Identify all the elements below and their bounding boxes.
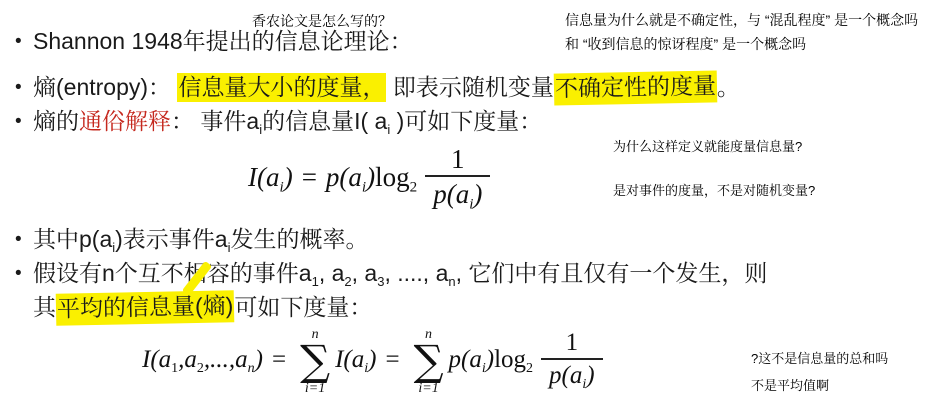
bullet-text: , a <box>319 260 345 286</box>
bullet-text: 假设有n个互不相容的事件a <box>33 260 312 286</box>
bullet-text: 发生的概率。 <box>230 226 368 252</box>
formula-total-information: I(a1,a2,...,an)= n∑i=1 I(ai)= n∑i=1 p(ai… <box>142 327 603 396</box>
highlight-measure-of-information: 信息量大小的度量， <box>177 73 386 102</box>
bullet-text: , ...., a <box>384 260 448 286</box>
formula-fraction: 1p(ai) <box>425 144 490 213</box>
bullet-text: ： 事件a <box>171 108 259 134</box>
summation-symbol: n∑i=1 <box>414 327 444 396</box>
summation-symbol: n∑i=1 <box>300 327 330 396</box>
bullet-shannon-1948: •Shannon 1948年提出的信息论理论： <box>15 27 413 56</box>
bullet-text: 。 <box>717 74 740 100</box>
bullet-entropy-explanation: •熵的通俗解释： 事件ai的信息量I( ai )可如下度量： <box>15 107 542 138</box>
formula-middle-term: I(ai)= <box>335 346 408 377</box>
subscript: 2 <box>344 274 351 289</box>
annotation-why-definition: 为什么这样定义就能度量信息量? <box>613 136 802 155</box>
annotation-sum-not-average: ?这不是信息量的总和吗 不是平均值啊 <box>751 345 888 399</box>
annotation-event-measure: 是对事件的度量，不是对随机变量? <box>613 180 815 199</box>
bullet-text: 其 <box>33 294 56 320</box>
formula-lhs: I(ai)=p(ai)log2 <box>248 162 417 196</box>
annotation-line: 和 “收到信息的惊讶程度” 是一个概念吗 <box>565 32 918 56</box>
highlight-uncertainty-measure: 不确定性的度量 <box>554 70 718 105</box>
bullet-icon: • <box>15 228 33 252</box>
bullet-text: Shannon 1948年提出的信息论理论： <box>33 28 413 54</box>
bullet-text: 即表示随机变量 <box>386 74 553 100</box>
bullet-text: )可如下度量： <box>390 108 542 134</box>
annotation-line: 信息量为什么就是不确定性，与 “混乱程度” 是一个概念吗 <box>565 8 918 32</box>
bullet-text: , 它们中有且仅有一个发生，则 <box>456 260 768 286</box>
bullet-probability-definition: •其中p(ai)表示事件ai发生的概率。 <box>15 225 368 256</box>
annotation-uncertainty-question: 信息量为什么就是不确定性，与 “混乱程度” 是一个概念吗 和 “收到信息的惊讶程… <box>565 8 918 56</box>
bullet-text: 熵的 <box>33 108 79 134</box>
bullet-text: 熵(entropy)： <box>33 74 177 100</box>
bullet-icon: • <box>15 262 33 286</box>
subscript: n <box>448 274 455 289</box>
slide-entropy-information-theory: 香农论文是怎么写的？ 信息量为什么就是不确定性，与 “混乱程度” 是一个概念吗 … <box>0 0 946 408</box>
bullet-text: 的信息量I( a <box>262 108 387 134</box>
bullet-icon: • <box>15 110 33 134</box>
bullet-average-information-line: 其平均的信息量(熵)可如下度量： <box>33 292 372 324</box>
formula-fraction: 1p(ai) <box>541 329 603 393</box>
bullet-mutually-exclusive-events: •假设有n个互不相容的事件a1, a2, a3, ...., an, 它们中有且… <box>15 259 767 290</box>
bullet-entropy-definition: •熵(entropy)： 信息量大小的度量， 即表示随机变量不确定性的度量。 <box>15 72 740 104</box>
annotation-line: 不是平均值啊 <box>751 372 888 399</box>
bullet-text: )表示事件a <box>115 226 227 252</box>
subscript: 1 <box>312 274 319 289</box>
formula-information-of-event: I(ai)=p(ai)log2 1p(ai) <box>248 144 490 213</box>
formula-right-term: p(ai)log2 <box>449 346 534 377</box>
formula-lhs: I(a1,a2,...,an)= <box>142 346 295 377</box>
bullet-icon: • <box>15 30 33 54</box>
bullet-text: , a <box>352 260 378 286</box>
bullet-text: 其中p(a <box>33 226 112 252</box>
highlight-average-information: 平均的信息量(熵) <box>56 290 235 325</box>
bullet-text: 可如下度量： <box>234 294 372 320</box>
bullet-icon: • <box>15 76 33 100</box>
red-text-popular-explanation: 通俗解释 <box>79 108 171 134</box>
annotation-line: ?这不是信息量的总和吗 <box>751 345 888 372</box>
